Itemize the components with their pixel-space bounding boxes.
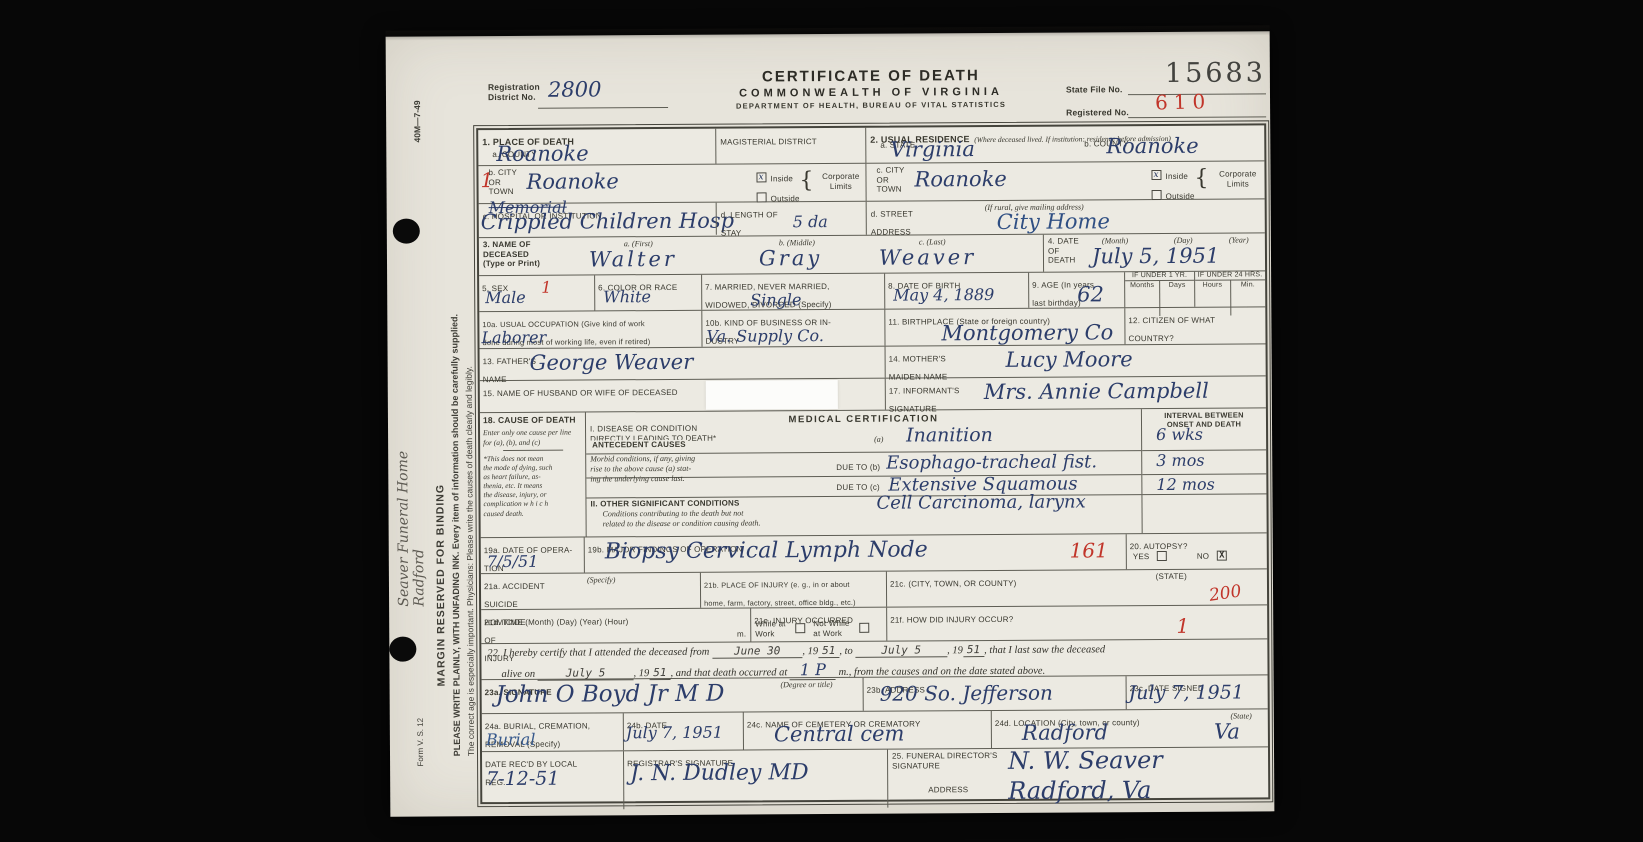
autopsy-no-label: NO	[1197, 552, 1209, 562]
cert-seg4: alive on	[501, 669, 535, 680]
funeral-director-value: N. W. Seaver	[1008, 746, 1163, 775]
margin-pencil-note: Seaver Funeral Home Radford	[395, 276, 428, 606]
field-registrar-signature: REGISTRAR'S SIGNATURE J. N. Dudley MD	[624, 750, 888, 810]
field-date-received: DATE REC'D BY LOCAL REG. 7-12-51	[482, 751, 624, 810]
injury-city-label: 21c. (CITY, TOWN, OR COUNTY)	[890, 579, 1017, 589]
cert-19b: , 19	[947, 645, 963, 656]
not-while-at-work-label: Not While at Work	[813, 619, 850, 638]
location-value: Radford	[1022, 720, 1108, 745]
how-injury-label: 21f. HOW DID INJURY OCCUR?	[890, 615, 1013, 625]
res-street-value: City Home	[997, 209, 1110, 234]
cod-title: 18. CAUSE OF DEATH	[483, 415, 582, 426]
field-burial-date: 24b. DATE July 7, 1951	[624, 713, 744, 751]
cert-seg2: , to	[839, 646, 852, 657]
cod-c-label: DUE TO (c)	[836, 483, 880, 493]
res-corporate-brace: {	[1194, 166, 1208, 191]
citizen-label: 12. CITIZEN OF WHAT COUNTRY?	[1128, 316, 1215, 344]
under1-label: IF UNDER 1 YR.	[1125, 272, 1194, 282]
certificate-subtitle: COMMONWEALTH OF VIRGINIA	[661, 85, 1081, 100]
section-name-of-deceased: 3. NAME OF DECEASED (Type or Print) a. (…	[479, 235, 1044, 275]
whiteout-patch	[706, 380, 838, 410]
name-last-value: Weaver	[879, 245, 976, 270]
state-file-number-stamp: 15683	[1165, 61, 1266, 86]
cert-19c: , 19	[633, 668, 649, 679]
cod-b-label: DUE TO (b)	[836, 463, 880, 473]
field-kind-of-business: 10b. KIND OF BUSINESS OR IN- DUSTRY Va. …	[702, 310, 885, 347]
certification-statement: 22. I hereby certify that I attended the…	[481, 639, 1267, 680]
interval-b-value: 3 mos	[1156, 451, 1204, 470]
accident-specify-label: (Specify)	[587, 575, 615, 585]
field-date-signed: 23c. DATE SIGNED July 7, 1951	[1127, 675, 1268, 709]
field-cemetery-name: 24c. NAME OF CEMETERY OR CREMATORY Centr…	[744, 711, 992, 750]
cert-year2: 51	[963, 643, 984, 657]
informant-value: Mrs. Annie Campbell	[984, 379, 1209, 404]
section-date-of-death: 4. DATE OF DEATH (Month) (Day) (Year) Ju…	[1044, 233, 1265, 271]
cause-of-death-notes: 18. CAUSE OF DEATH Enter only one cause …	[480, 412, 587, 537]
res-inside-checkbox: x	[1151, 170, 1161, 180]
while-at-work-label: While at Work	[755, 619, 786, 638]
registrar-value: J. N. Dudley MD	[630, 760, 809, 786]
registered-number-stamp: 610	[1155, 89, 1212, 114]
field-date-of-operation: 19a. DATE OF OPERA- TION 7/5/51	[481, 538, 585, 574]
signature-degree-label: (Degree or title)	[780, 680, 832, 690]
field-major-findings: 19b. MAJOR FINDINGS OF OPERATION Biopsy …	[585, 534, 1127, 572]
age-value: 62	[1077, 282, 1104, 306]
time-m-label: m.	[737, 630, 746, 640]
father-value: George Weaver	[530, 350, 694, 375]
registration-district-value: 2800	[548, 77, 602, 101]
fd-address-label: ADDRESS	[928, 785, 968, 795]
cod-part2-note: Conditions contributing to the death but…	[603, 508, 761, 529]
field-sex: 5. SEX Male 1	[479, 275, 595, 311]
cod-note1: Enter only one cause per line for (a), (…	[483, 428, 582, 447]
injury-state-red-mark: 200	[1207, 581, 1242, 606]
cert-seg1: 22. I hereby certify that I attended the…	[487, 647, 709, 659]
field-father-name: 13. FATHER'S NAME George Weaver	[480, 347, 886, 380]
interval-a-value: 6 wks	[1156, 425, 1203, 444]
location-state-value: Va	[1214, 720, 1240, 744]
cert-to-value: July 5	[855, 643, 947, 658]
res-inside-label: Inside	[1165, 172, 1188, 181]
dod-value: July 5, 1951	[1092, 244, 1220, 269]
field-age: 9. AGE (In years last birthday) 62	[1029, 272, 1125, 308]
punch-hole-top	[393, 219, 420, 244]
cod-a-label: (a)	[874, 435, 883, 445]
res-city-label: c. CITY OR TOWN	[866, 163, 914, 200]
autopsy-yes-label: YES	[1133, 552, 1150, 562]
field-marital-status: 7. MARRIED, NEVER MARRIED, WIDOWED, DIVO…	[702, 274, 885, 310]
findings-red-mark: 161	[1070, 538, 1108, 562]
field-place-of-injury: 21b. PLACE OF INJURY (e. g., in or about…	[701, 572, 887, 608]
res-street-label: d. STREET ADDRESS	[871, 209, 913, 236]
sex-red-mark: 1	[541, 278, 551, 297]
date-signed-value: July 7, 1951	[1129, 681, 1244, 704]
dod-year-label: (Year)	[1229, 235, 1249, 245]
field-citizen-of-country: 12. CITIZEN OF WHAT COUNTRY?	[1125, 307, 1265, 344]
field-physician-address: 23b. ADDRESS 920 So. Jefferson	[864, 676, 1127, 711]
field-time-of-injury: 21d. TIME (Month) (Day) (Year) (Hour) OF…	[481, 608, 751, 643]
res-county-value: Roanoke	[1106, 134, 1198, 159]
field-funeral-director: 25. FUNERAL DIRECTOR'S SIGNATURE N. W. S…	[888, 747, 1268, 807]
autopsy-label: 20. AUTOPSY?	[1130, 542, 1188, 551]
field-birthplace: 11. BIRTHPLACE (State or foreign country…	[885, 308, 1125, 345]
date-of-death-label: 4. DATE OF DEATH	[1048, 236, 1079, 265]
pod-inside-checkbox: x	[756, 172, 766, 182]
occupation-value: Laborer	[481, 328, 546, 347]
field-informant-signature: 17. INFORMANT'S SIGNATURE Mrs. Annie Cam…	[886, 376, 1266, 409]
pod-inside-label: Inside	[770, 174, 793, 183]
husband-label: 15. NAME OF HUSBAND OR WIFE OF DECEASED	[483, 388, 678, 398]
under24-label: IF UNDER 24 HRS.	[1195, 271, 1265, 281]
cod-c-value-line2: Cell Carcinoma, larynx	[876, 491, 1085, 513]
not-while-at-work-checkbox	[859, 623, 869, 633]
magisterial-district-label: MAGISTERIAL DISTRICT	[720, 137, 817, 147]
margin-form-number: Form V. S. 12	[416, 676, 426, 766]
registration-district-label: Registration District No.	[488, 82, 540, 103]
injury-red-mark: 1	[1176, 614, 1189, 638]
funeral-director-label: 25. FUNERAL DIRECTOR'S SIGNATURE	[892, 751, 998, 771]
cert-from-value: June 30	[712, 644, 802, 659]
pod-city-red-mark: 1	[480, 168, 493, 192]
field-how-injury-occurred: 21f. HOW DID INJURY OCCUR? 1	[887, 605, 1267, 640]
margin-note-age: The correct age is especially important.…	[462, 96, 476, 756]
cod-part2-title: II. OTHER SIGNIFICANT CONDITIONS	[590, 499, 739, 510]
certificate-title: CERTIFICATE OF DEATH	[661, 66, 1081, 86]
registered-label: Registered No.	[1066, 107, 1129, 118]
burial-date-value: July 7, 1951	[626, 723, 723, 743]
field-injury-city-state: 21c. (CITY, TOWN, OR COUNTY) (STATE) 200	[887, 569, 1267, 606]
margin-print-code: 40M—7-49	[412, 82, 422, 142]
punch-hole-bottom	[389, 637, 416, 662]
birthplace-value: Montgomery Co	[941, 320, 1113, 345]
place-of-injury-label: 21b. PLACE OF INJURY (e. g., in or about…	[704, 580, 856, 608]
field-color-or-race: 6. COLOR OR RACE White	[595, 275, 702, 311]
field-burial-type: 24a. BURIAL, CREMATION, REMOVAL (Specify…	[482, 713, 624, 751]
name-first-value: Walter	[589, 247, 677, 272]
field-husband-or-wife: 15. NAME OF HUSBAND OR WIFE OF DECEASED	[480, 379, 886, 412]
margin-binding-note: MARGIN RESERVED FOR BINDING	[433, 186, 448, 686]
autopsy-no-checkbox: X	[1217, 551, 1227, 561]
dob-value: May 4, 1889	[893, 285, 994, 305]
pod-length-of-stay-label: d. LENGTH OF STAY	[721, 210, 778, 237]
pod-county-value: Roanoke	[496, 141, 588, 166]
interval-label: INTERVAL BETWEEN ONSET AND DEATH	[1142, 408, 1266, 425]
certificate-department: DEPARTMENT OF HEALTH, BUREAU OF VITAL ST…	[661, 99, 1081, 111]
name-label: 3. NAME OF DECEASED (Type or Print)	[483, 240, 540, 269]
cod-a-value: Inanition	[906, 424, 993, 447]
cemetery-value: Central cem	[774, 722, 905, 747]
cert-year3: 51	[649, 666, 670, 680]
res-state-value: Virginia	[890, 137, 975, 162]
cert-19a: , 19	[802, 646, 818, 657]
cod-antecedent-label: ANTECEDENT CAUSES	[590, 440, 688, 450]
signature-value: John O Boyd Jr M D	[496, 681, 725, 708]
mother-value: Lucy Moore	[1006, 347, 1133, 372]
res-outside-checkbox	[1151, 190, 1161, 200]
marital-value: Single	[750, 290, 801, 309]
cert-year1: 51	[818, 644, 839, 658]
name-middle-value: Gray	[759, 246, 822, 270]
pod-length-of-stay-value: 5 da	[793, 212, 828, 231]
operation-date-value: 7/5/51	[487, 552, 539, 571]
fd-address-value: Radford, Va	[1008, 776, 1151, 805]
field-date-of-birth: 8. DATE OF BIRTH May 4, 1889	[885, 273, 1029, 309]
field-physician-signature: 23a. SIGNATURE (Degree or title) John O …	[482, 678, 864, 713]
field-injury-occurred: 21e. INJURY OCCURRED While at Work Not W…	[751, 608, 887, 642]
res-city-value: Roanoke	[914, 167, 1006, 201]
pod-hospital-value: Crippled Children Hosp	[481, 209, 734, 235]
autopsy-yes-checkbox	[1157, 551, 1167, 561]
section-usual-residence: 2. USUAL RESIDENCE (Where deceased lived…	[866, 125, 1265, 234]
margin-note-plainly: PLEASE WRITE PLAINLY, WITH UNFADING INK.…	[448, 96, 462, 756]
field-autopsy: 20. AUTOPSY? YES NO X	[1127, 533, 1267, 569]
interval-column: INTERVAL BETWEEN ONSET AND DEATH 6 wks 3…	[1142, 408, 1267, 533]
while-at-work-checkbox	[795, 623, 805, 633]
injury-state-label: (STATE)	[1156, 572, 1187, 582]
certificate-header: Registration District No. 2800 CERTIFICA…	[476, 65, 1266, 126]
cod-b-value: Esophago-tracheal fist.	[886, 451, 1097, 473]
pod-outside-checkbox	[756, 192, 766, 202]
race-value: White	[603, 287, 651, 306]
field-usual-occupation: 10a. USUAL OCCUPATION (Give kind of work…	[479, 311, 702, 348]
date-received-value: 7-12-51	[486, 768, 559, 790]
medical-certification: MEDICAL CERTIFICATION I. DISEASE OR COND…	[586, 409, 1143, 536]
certificate-form: 1. PLACE OF DEATH a. COUNTY Roanoke MAGI…	[476, 123, 1270, 804]
field-cemetery-location: 24d. LOCATION (City, town, or county) (S…	[992, 709, 1268, 748]
address-value: 920 So. Jefferson	[880, 681, 1053, 706]
field-if-under-24-hrs: IF UNDER 24 HRS. Hours Min.	[1195, 271, 1265, 306]
burial-value: Burial	[486, 730, 536, 749]
interval-c-value: 12 mos	[1156, 475, 1215, 494]
pod-corporate-limits-label: Corporate Limits	[822, 172, 859, 191]
cert-seg5: , and that death occurred at	[670, 667, 787, 679]
cert-seg3: , that I last saw the deceased	[984, 644, 1105, 656]
field-mother-maiden-name: 14. MOTHER'S MAIDEN NAME Lucy Moore	[886, 344, 1266, 377]
section-place-of-death: 1. PLACE OF DEATH a. COUNTY Roanoke MAGI…	[478, 128, 867, 237]
pod-corporate-brace: {	[799, 168, 813, 193]
field-if-under-1-yr: IF UNDER 1 YR. Months Days	[1125, 272, 1195, 307]
death-certificate-scan: 40M—7-49 Seaver Funeral Home Radford MAR…	[386, 31, 1275, 816]
findings-value: Biopsy Cervical Lymph Node	[605, 537, 928, 564]
sex-value: Male	[485, 288, 526, 307]
state-file-label: State File No.	[1066, 84, 1123, 95]
cod-note2: *This does not mean the mode of dying, s…	[483, 453, 582, 517]
res-corporate-limits-label: Corporate Limits	[1219, 169, 1256, 188]
business-value: Va. Supply Co.	[706, 326, 824, 346]
field-accident-suicide-homicide: 21a. ACCIDENT SUICIDE HOMICIDE (Specify)	[481, 573, 701, 609]
